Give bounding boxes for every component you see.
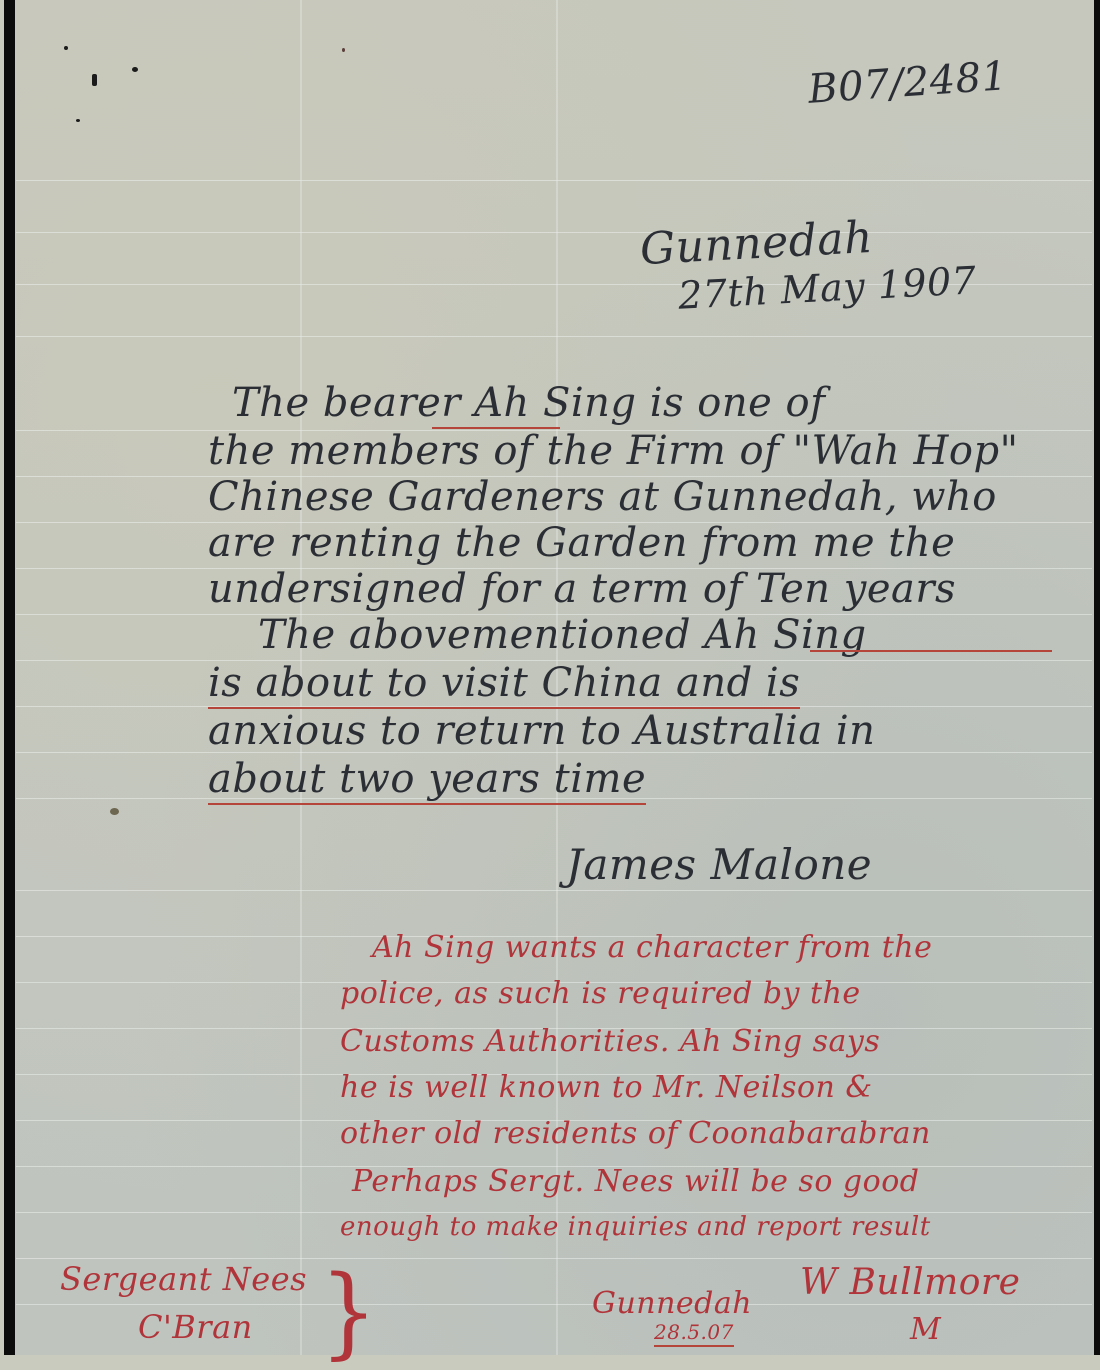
ruled-line	[16, 1304, 1092, 1305]
letter-line: are renting the Garden from me the	[208, 520, 955, 566]
paper-hole	[92, 74, 97, 86]
reference-number: B07/2481	[807, 53, 1009, 113]
letter-line-text: The abovementioned Ah Sing	[258, 612, 867, 658]
annotation-line: police, as such is required by the	[340, 976, 861, 1011]
paper-stain	[110, 808, 119, 815]
scan-border-left	[4, 0, 15, 1355]
ruled-line	[16, 890, 1092, 891]
letter-line: the members of the Firm of "Wah Hop"	[208, 428, 1018, 474]
letter-line-text: is about to visit China and is	[208, 660, 800, 709]
letter-line: The bearer Ah Sing is one of	[232, 380, 825, 426]
paper-speck	[342, 48, 345, 52]
annotation-line: Customs Authorities. Ah Sing says	[340, 1024, 880, 1059]
letter-line-text: about two years time	[208, 756, 646, 805]
annotation-date: 28.5.07	[654, 1320, 734, 1347]
ruled-line	[16, 1258, 1092, 1259]
brace-mark: }	[320, 1255, 377, 1355]
red-underline	[432, 427, 560, 429]
paper-speck	[76, 119, 80, 122]
annotation-line: Ah Sing wants a character from the	[372, 930, 932, 965]
paper-speck	[132, 67, 138, 72]
annotation-line: he is well known to Mr. Neilson &	[340, 1070, 873, 1105]
ruled-line	[16, 180, 1092, 181]
letter-line: anxious to return to Australia in	[208, 708, 875, 754]
letter-line: is about to visit China and is	[208, 660, 800, 706]
letter-line: undersigned for a term of Ten years	[208, 566, 956, 612]
paper-speck	[64, 46, 68, 50]
annotation-signature-suffix: M	[910, 1312, 941, 1347]
letter-line: Chinese Gardeners at Gunnedah, who	[208, 474, 997, 520]
scan-border-right	[1094, 0, 1100, 1355]
document-page: B07/2481 Gunnedah 27th May 1907 The bear…	[0, 0, 1100, 1355]
ruled-line	[16, 232, 1092, 233]
addressee-line-1: Sergeant Nees	[60, 1260, 307, 1298]
addressee-line-2: C'Bran	[138, 1308, 253, 1346]
letter-signature: James Malone	[566, 840, 872, 889]
red-underline	[810, 650, 1052, 652]
annotation-line: other old residents of Coonabarabran	[340, 1116, 931, 1151]
letter-line: about two years time	[208, 756, 646, 802]
ruled-line	[16, 336, 1092, 337]
annotation-place: Gunnedah	[592, 1286, 752, 1321]
letter-line: The abovementioned Ah Sing	[258, 612, 867, 658]
annotation-line: enough to make inquiries and report resu…	[340, 1212, 931, 1242]
annotation-signature: W Bullmore	[800, 1262, 1020, 1303]
letter-line-text: The bearer Ah Sing is one of	[232, 380, 825, 426]
annotation-line: Perhaps Sergt. Nees will be so good	[352, 1164, 919, 1199]
